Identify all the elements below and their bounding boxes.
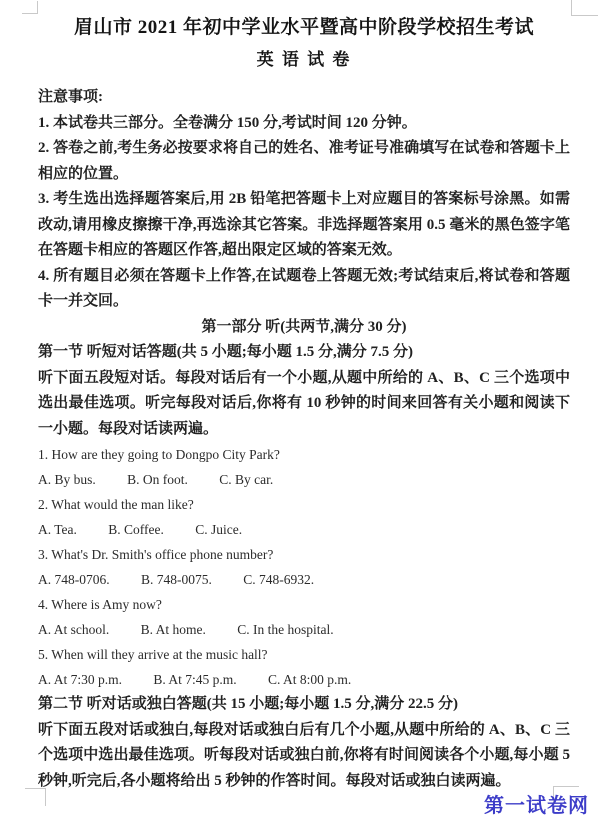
question-2-text: 2. What would the man like? (38, 492, 570, 517)
crop-mark-top-right (571, 0, 598, 16)
question-5-text: 5. When will they arrive at the music ha… (38, 642, 570, 667)
section1-instructions: 听下面五段短对话。每段对话后有一个小题,从题中所给的 A、B、C 三个选项中选出… (38, 366, 570, 443)
question-3-option-b: B. 748-0075. (141, 567, 212, 592)
question-4-text: 4. Where is Amy now? (38, 592, 570, 617)
question-2-option-a: A. Tea. (38, 517, 77, 542)
question-1-option-b: B. On foot. (127, 467, 188, 492)
question-1-option-c: C. By car. (219, 467, 273, 492)
section1-heading: 第一节 听短对话答题(共 5 小题;每小题 1.5 分,满分 7.5 分) (38, 340, 570, 366)
section2-instructions: 听下面五段对话或独白,每段对话或独白后有几个小题,从题中所给的 A、B、C 三个… (38, 718, 570, 795)
exam-title: 眉山市 2021 年初中学业水平暨高中阶段学校招生考试 (38, 14, 570, 42)
question-2-option-b: B. Coffee. (108, 517, 164, 542)
notice-item-3: 3. 考生选出选择题答案后,用 2B 铅笔把答题卡上对应题目的答案标号涂黑。如需… (38, 187, 570, 264)
crop-mark-top-left (22, 1, 38, 14)
notice-item-1: 1. 本试卷共三部分。全卷满分 150 分,考试时间 120 分钟。 (38, 111, 570, 137)
question-1-options: A. By bus. B. On foot. C. By car. (38, 467, 570, 492)
question-5-options: A. At 7:30 p.m. B. At 7:45 p.m. C. At 8:… (38, 667, 570, 692)
question-5-option-c: C. At 8:00 p.m. (268, 667, 351, 692)
question-2-option-c: C. Juice. (195, 517, 242, 542)
question-2-options: A. Tea. B. Coffee. C. Juice. (38, 517, 570, 542)
notice-item-4: 4. 所有题目必须在答题卡上作答,在试题卷上答题无效;考试结束后,将试卷和答题卡… (38, 264, 570, 315)
question-5-option-b: B. At 7:45 p.m. (153, 667, 236, 692)
question-4-option-b: B. At home. (141, 617, 206, 642)
question-4-options: A. At school. B. At home. C. In the hosp… (38, 617, 570, 642)
section2-heading: 第二节 听对话或独白答题(共 15 小题;每小题 1.5 分,满分 22.5 分… (38, 692, 570, 718)
question-3-option-c: C. 748-6932. (243, 567, 314, 592)
exam-paper-page: 眉山市 2021 年初中学业水平暨高中阶段学校招生考试 英 语 试 卷 注意事项… (0, 0, 599, 829)
part1-heading: 第一部分 听(共两节,满分 30 分) (38, 315, 570, 341)
notice-item-2: 2. 答卷之前,考生务必按要求将自己的姓名、准考证号准确填写在试卷和答题卡上相应… (38, 136, 570, 187)
exam-subject-title: 英 语 试 卷 (38, 47, 570, 73)
question-4-option-c: C. In the hospital. (237, 617, 333, 642)
watermark-site-name: 第一试卷网 (484, 789, 589, 818)
question-4-option-a: A. At school. (38, 617, 109, 642)
question-3-options: A. 748-0706. B. 748-0075. C. 748-6932. (38, 567, 570, 592)
question-3-text: 3. What's Dr. Smith's office phone numbe… (38, 542, 570, 567)
question-5-option-a: A. At 7:30 p.m. (38, 667, 122, 692)
question-3-option-a: A. 748-0706. (38, 567, 110, 592)
question-1-text: 1. How are they going to Dongpo City Par… (38, 442, 570, 467)
page-content: 眉山市 2021 年初中学业水平暨高中阶段学校招生考试 英 语 试 卷 注意事项… (38, 14, 570, 794)
question-1-option-a: A. By bus. (38, 467, 96, 492)
notice-heading: 注意事项: (38, 85, 570, 111)
